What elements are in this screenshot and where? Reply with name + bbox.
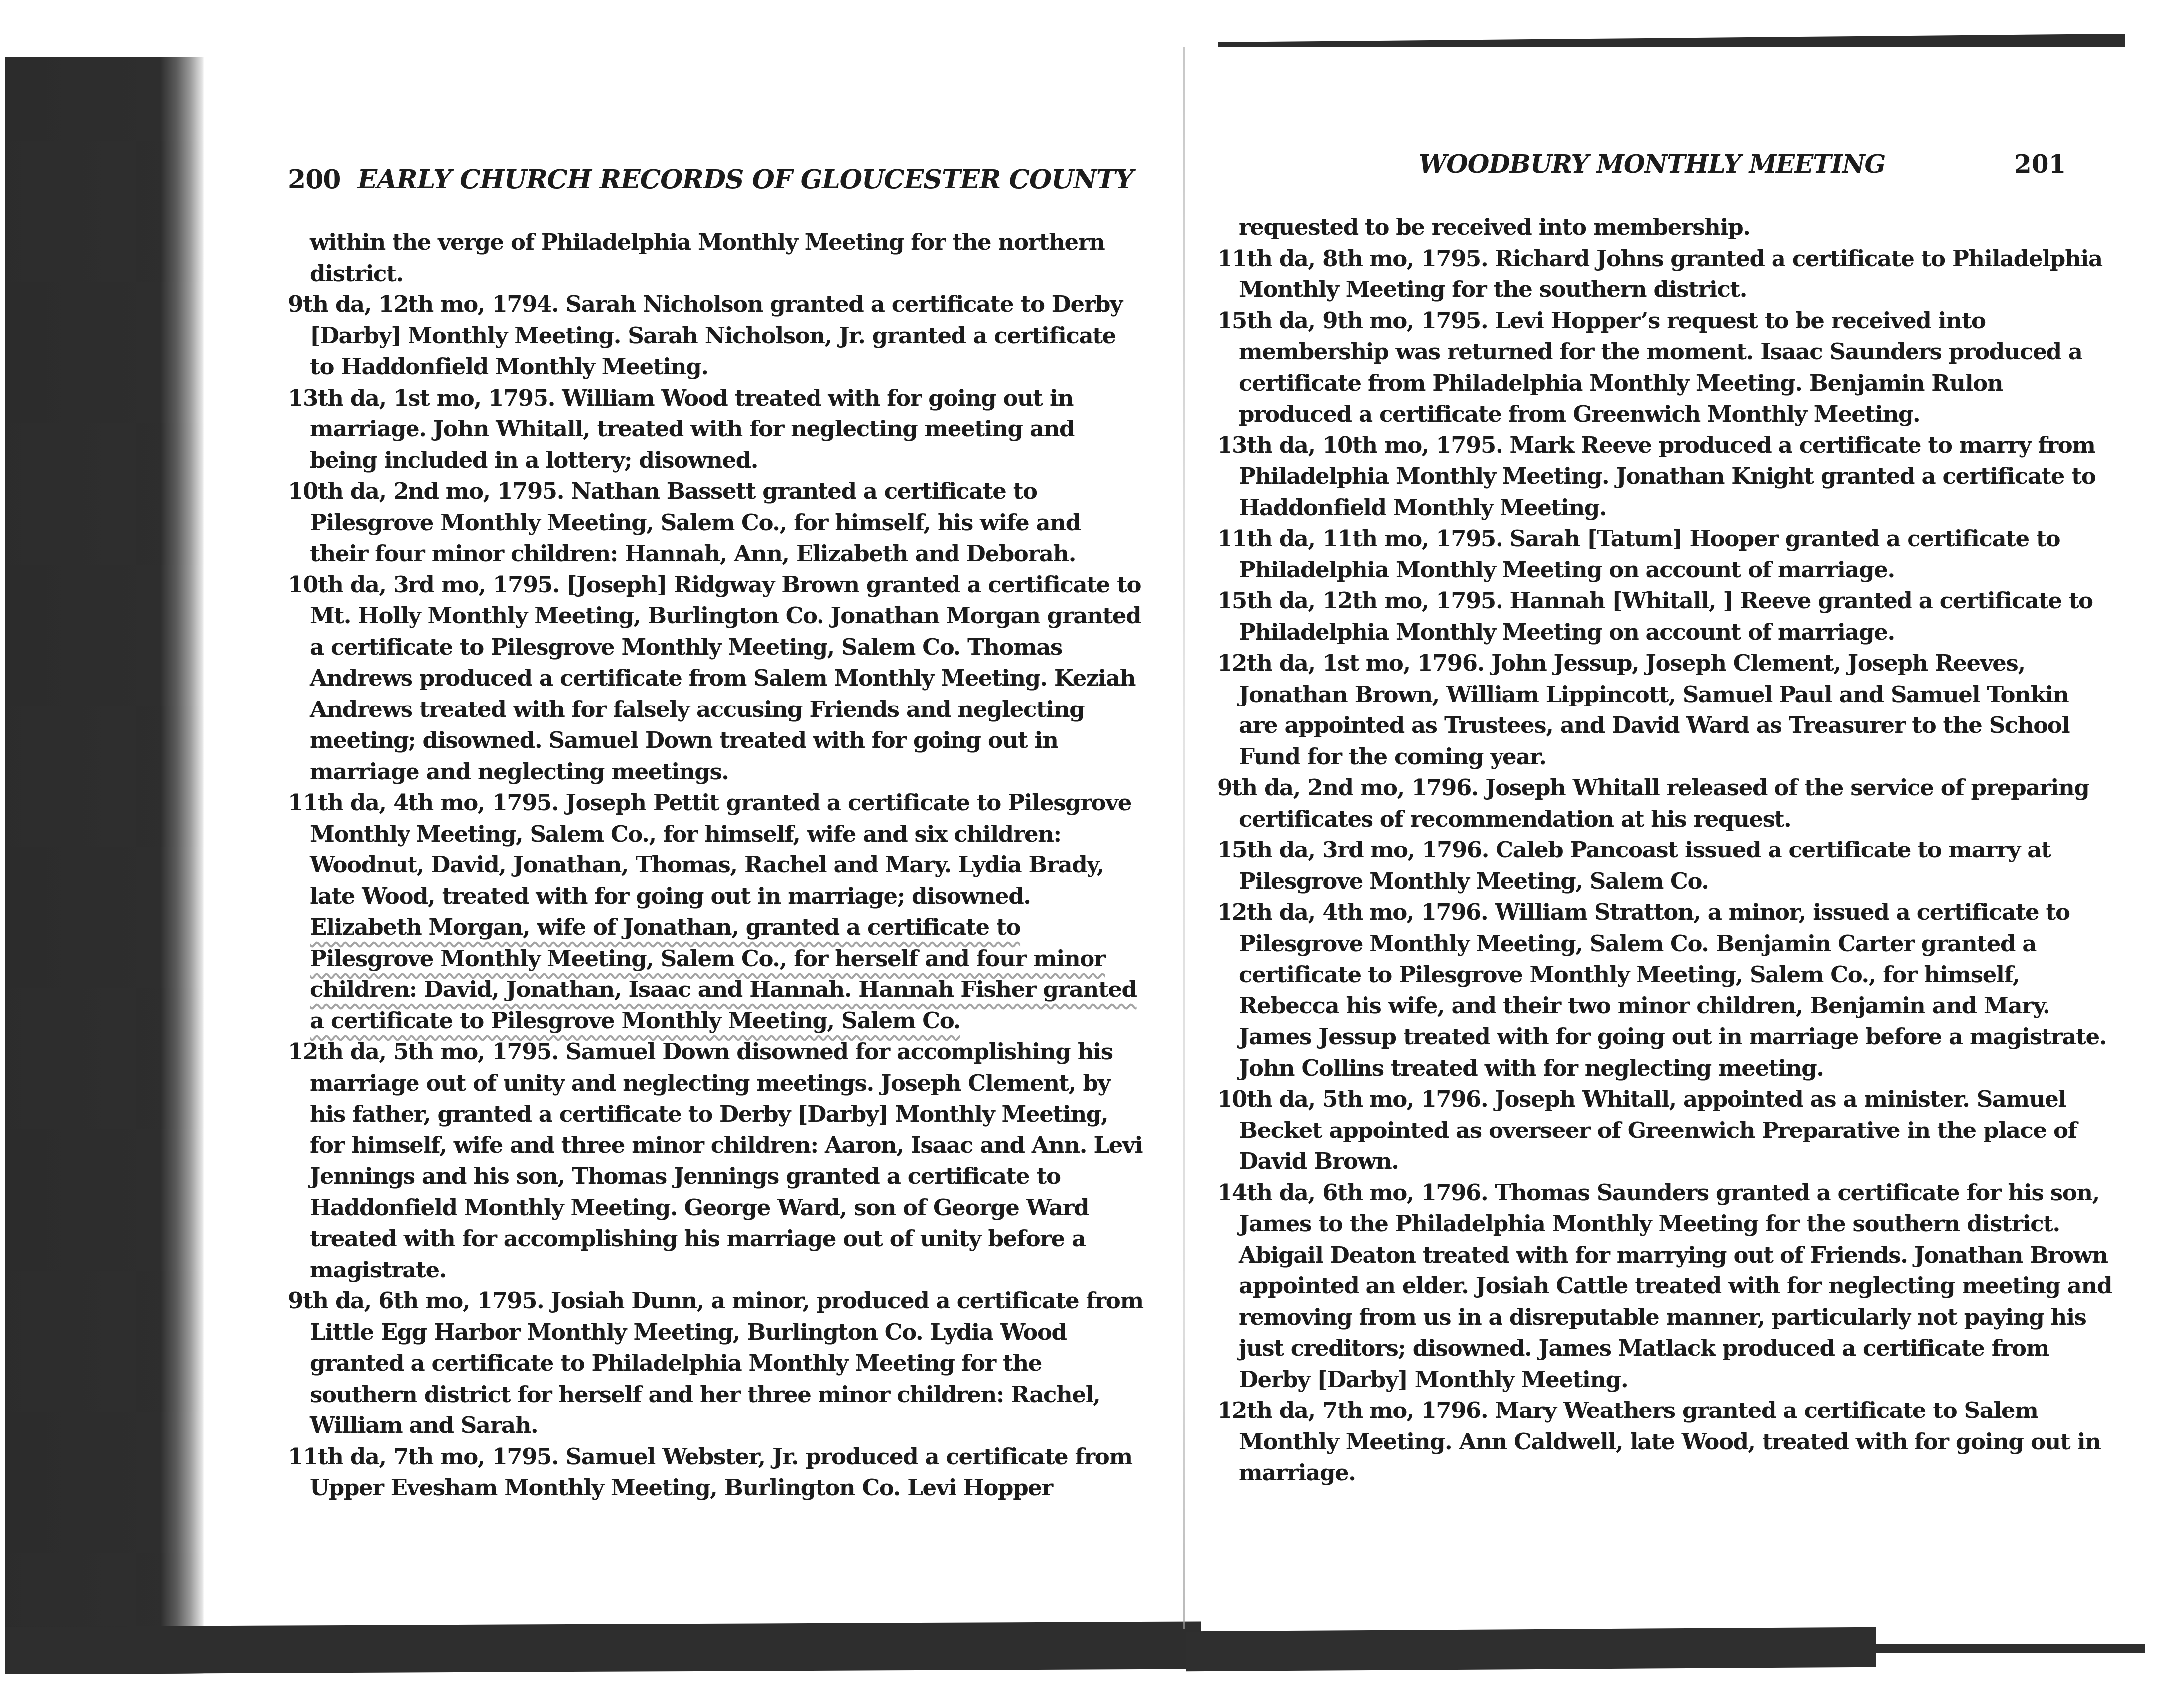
minute-entry: 11th da, 11th mo, 1795. Sarah [Tatum] Ho… [1217,523,2114,585]
running-head-title-right: WOODBURY MONTHLY MEETING [1419,149,1885,179]
entry-date: 9th da, 2nd mo, 1796. [1217,774,1478,801]
minute-entry: 10th da, 3rd mo, 1795. [Joseph] Ridgway … [288,569,1145,788]
entry-date: 10th da, 5th mo, 1796. [1217,1086,1488,1112]
entry-date: 11th da, 8th mo, 1795. [1217,245,1488,272]
scan-bottom-border-right-strip [1873,1644,2145,1653]
entry-date: 15th da, 9th mo, 1795. [1217,307,1488,334]
minute-entry: 13th da, 1st mo, 1795. William Wood trea… [288,383,1145,476]
minute-entry: 15th da, 12th mo, 1795. Hannah [Whitall,… [1217,585,2114,648]
minute-entry: 11th da, 7th mo, 1795. Samuel Webster, J… [288,1441,1145,1504]
minute-entry: 9th da, 2nd mo, 1796. Joseph Whitall rel… [1217,772,2114,835]
entry-date: 11th da, 7th mo, 1795. [288,1443,558,1470]
scan-bottom-border-right [1186,1627,1876,1671]
entry-date: 11th da, 11th mo, 1795. [1217,525,1502,552]
entry-date: 9th da, 12th mo, 1794. [288,291,558,317]
left-body-text: within the verge of Philadelphia Monthly… [288,227,1145,1504]
minute-entry: 12th da, 5th mo, 1795. Samuel Down disow… [288,1036,1145,1285]
entry-date: 13th da, 10th mo, 1795. [1217,432,1502,458]
minute-entry: 10th da, 5th mo, 1796. Joseph Whitall, a… [1217,1084,2114,1177]
minute-entry: 14th da, 6th mo, 1796. Thomas Saunders g… [1217,1177,2114,1396]
minute-entry: 9th da, 6th mo, 1795. Josiah Dunn, a min… [288,1285,1145,1441]
entry-date: 12th da, 7th mo, 1796. [1217,1397,1488,1423]
entry-text: Thomas Saunders granted a certificate fo… [1239,1179,2112,1393]
continuation-paragraph: within the verge of Philadelphia Monthly… [288,227,1145,289]
entry-text: Samuel Down disowned for accomplishing h… [310,1038,1142,1283]
minute-entry: 15th da, 9th mo, 1795. Levi Hopper’s req… [1217,305,2114,430]
minute-entry: 13th da, 10th mo, 1795. Mark Reeve produ… [1217,430,2114,524]
entry-date: 10th da, 2nd mo, 1795. [288,478,564,504]
entry-date: 12th da, 5th mo, 1795. [288,1038,558,1065]
entry-date: 15th da, 3rd mo, 1796. [1217,837,1489,863]
entry-date: 12th da, 1st mo, 1796. [1217,650,1484,676]
entry-date: 11th da, 4th mo, 1795. [288,789,558,816]
entry-date: 12th da, 4th mo, 1796. [1217,899,1488,925]
scan-left-binding-shadow [5,57,204,1674]
minute-entry: 9th da, 12th mo, 1794. Sarah Nicholson g… [288,289,1145,383]
entry-date: 14th da, 6th mo, 1796. [1217,1179,1488,1206]
pencil-underlined-text: Elizabeth Morgan, wife of Jonathan, gran… [310,914,1137,1034]
scan-bottom-border-left [5,1622,1201,1674]
running-head-title-left: EARLY CHURCH RECORDS OF GLOUCESTER COUNT… [358,164,1133,195]
minute-entry: 15th da, 3rd mo, 1796. Caleb Pancoast is… [1217,835,2114,897]
scan-top-border-right [1218,34,2125,47]
continuation-paragraph: requested to be received into membership… [1217,212,2114,243]
minute-entry: 12th da, 4th mo, 1796. William Stratton,… [1217,897,2114,1084]
minute-entry: 10th da, 2nd mo, 1795. Nathan Bassett gr… [288,476,1145,569]
entry-date: 15th da, 12th mo, 1795. [1217,587,1502,614]
minute-entry: 11th da, 8th mo, 1795. Richard Johns gra… [1217,243,2114,305]
minute-entry: 12th da, 7th mo, 1796. Mary Weathers gra… [1217,1395,2114,1489]
entry-text: William Stratton, a minor, issued a cert… [1239,899,2106,1081]
book-gutter [1183,47,1185,1629]
minute-entry: 11th da, 4th mo, 1795. Joseph Pettit gra… [288,787,1145,1036]
right-body-text: requested to be received into membership… [1217,212,2114,1489]
page-number-left: 200 [288,164,341,195]
entry-date: 9th da, 6th mo, 1795. [288,1287,544,1314]
entry-date: 10th da, 3rd mo, 1795. [288,571,559,598]
page-number-right: 201 [2014,149,2066,179]
minute-entry: 12th da, 1st mo, 1796. John Jessup, Jose… [1217,648,2114,772]
entry-text: [Joseph] Ridgway Brown granted a certifi… [310,571,1141,785]
left-running-head: 200EARLY CHURCH RECORDS OF GLOUCESTER CO… [288,164,1133,195]
entry-date: 13th da, 1st mo, 1795. [288,385,555,411]
